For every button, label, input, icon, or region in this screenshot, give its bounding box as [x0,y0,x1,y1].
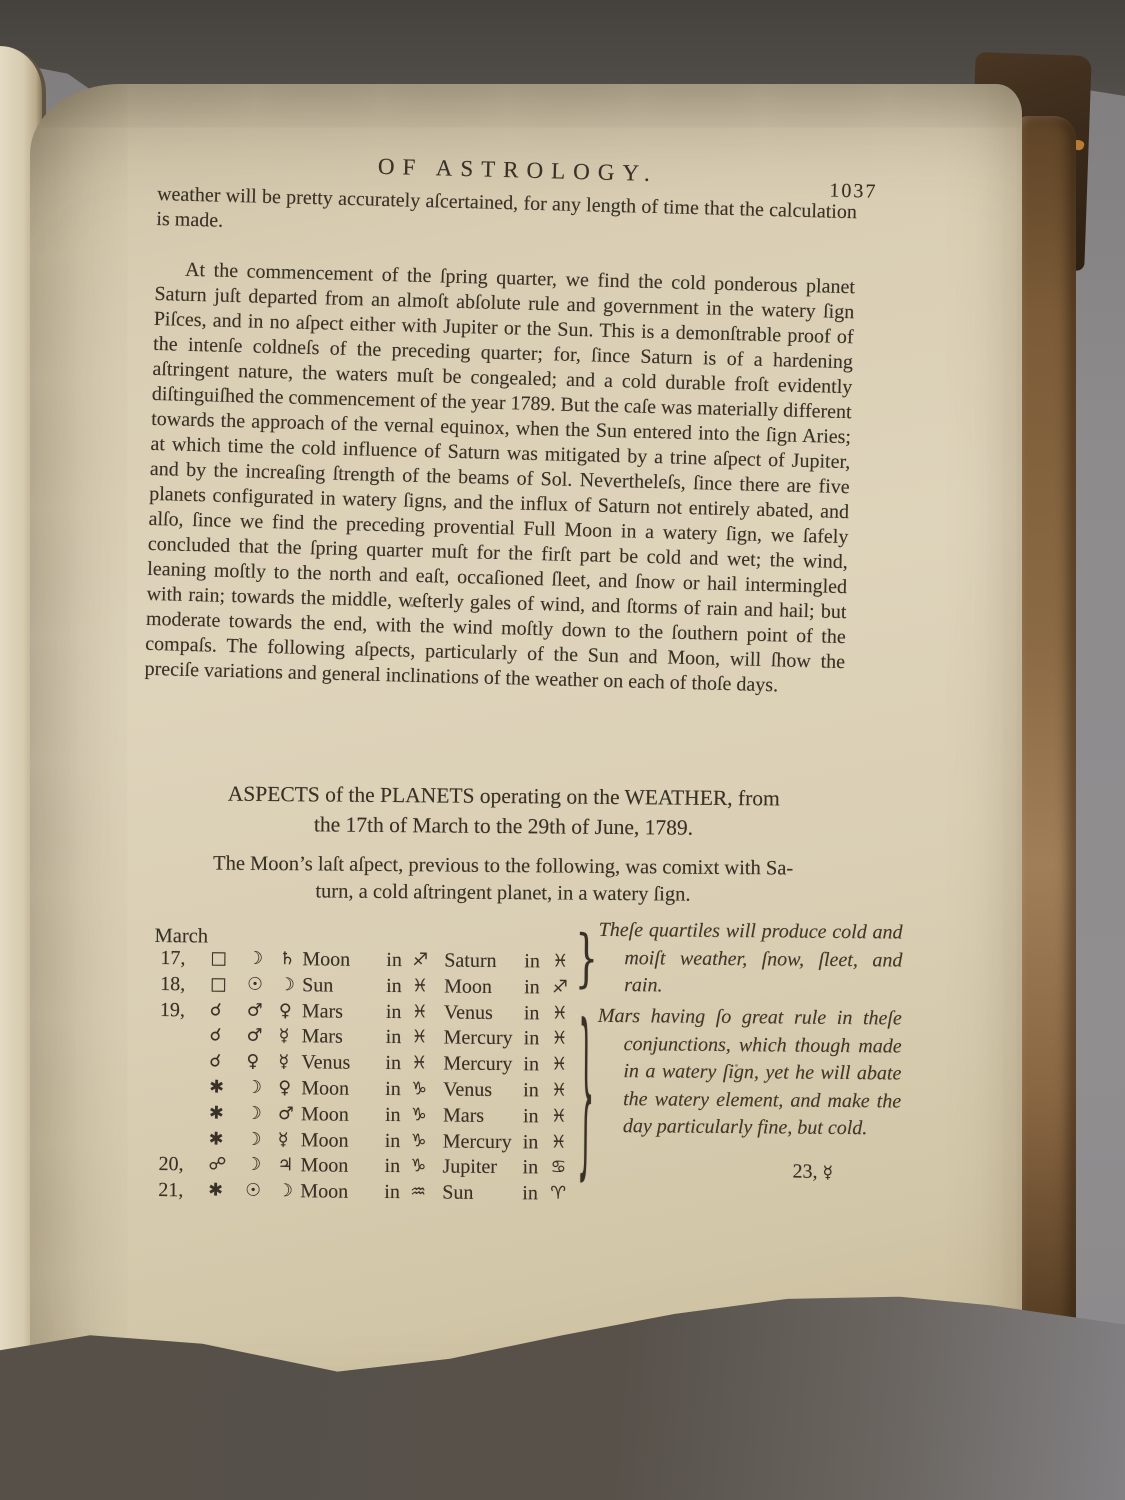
pisces-glyph: ♓ [551,1132,567,1152]
body1-name: Venus [301,1051,350,1074]
date-label: 17, [160,947,185,970]
in-label: in [385,1130,401,1153]
pisces-glyph: ♓ [552,1003,568,1023]
table-row: 21, ✱ ☉ ☽ Moon in ♒ Sun in ♈ [150,1179,912,1211]
pisces-glyph: ♓ [552,951,568,971]
capricorn-glyph: ♑ [410,1157,426,1177]
paragraph-main: At the commencement of the ſpring quarte… [144,257,855,700]
body2-name: Venus [443,1078,492,1101]
month-label: March [154,925,208,948]
moon-glyph: ☽ [246,1129,262,1149]
in-label: in [523,1053,539,1076]
in-label: in [386,1001,402,1024]
mars-glyph: ♂ [247,1000,263,1020]
body1-name: Sun [302,974,333,997]
body2-name: Venus [444,1001,493,1024]
sextile-icon: ✱ [208,1181,223,1201]
aspect-square-icon: □ [210,974,227,994]
mercury-glyph: ☿ [279,1026,290,1046]
aspects-heading-line2: the 17th of March to the 29th of June, 1… [153,808,853,844]
mars-glyph: ♂ [247,1026,263,1046]
saturn-glyph: ♄ [279,949,295,969]
pisces-glyph: ♓ [551,1106,567,1126]
date-label: 19, [160,999,185,1022]
cancer-glyph: ♋ [550,1158,566,1178]
in-label: in [524,950,540,973]
in-label: in [386,975,402,998]
in-label: in [524,1028,540,1051]
moon-glyph: ☽ [277,1181,293,1201]
body1-name: Moon [300,1180,348,1203]
in-label: in [385,1104,401,1127]
in-label: in [524,976,540,999]
conjunction-icon: ☌ [210,1026,222,1046]
pisces-glyph: ♓ [412,1002,428,1022]
margin-note-mars: Mars having ſo great rule in theſe conju… [597,1003,902,1143]
moon-glyph: ☽ [246,1104,262,1124]
aries-glyph: ♈ [550,1184,566,1204]
body1-name: Moon [301,1129,349,1152]
book-photo: OF ASTROLOGY. 1037 weather will be prett… [0,0,1125,1500]
moon-note: The Moon’s laſt aſpect, previous to the … [153,850,853,910]
opposition-icon: ☍ [208,1155,226,1175]
body1-name: Moon [302,948,350,971]
venus-glyph: ♀ [279,1001,292,1021]
body1-name: Moon [301,1077,349,1100]
pisces-glyph: ♓ [412,976,428,996]
jupiter-glyph: ♃ [277,1155,293,1175]
body2-name: Mars [443,1104,484,1127]
gathering-signature: 23, ☿ [792,1161,833,1184]
moon-glyph: ☽ [246,1078,262,1098]
in-label: in [385,1052,401,1075]
mercury-glyph: ☿ [278,1052,289,1072]
body1-name: Moon [300,1155,348,1178]
moon-glyph: ☽ [279,975,295,995]
capricorn-glyph: ♑ [411,1105,427,1125]
in-label: in [386,949,402,972]
pisces-glyph: ♓ [552,1029,568,1049]
in-label: in [384,1181,400,1204]
pisces-glyph: ♓ [551,1080,567,1100]
body2-name: Mercury [443,1053,512,1077]
margin-note-quartiles: Theſe quartiles will produce cold and mo… [598,917,903,1002]
aspects-heading-line1: ASPECTS of the PLANETS operating on the … [154,778,854,814]
in-label: in [523,1131,539,1154]
capricorn-glyph: ♑ [411,1079,427,1099]
sagittarius-glyph: ♐ [552,977,568,997]
body1-name: Mars [302,1026,343,1049]
in-label: in [522,1157,538,1180]
in-label: in [384,1155,400,1178]
signature-number: 23, [792,1161,817,1183]
in-label: in [522,1182,538,1205]
venus-glyph: ♀ [278,1078,291,1098]
in-label: in [386,1026,402,1049]
sextile-icon: ✱ [209,1129,224,1149]
brace-group-1: } [575,927,598,990]
body1-name: Moon [301,1103,349,1126]
pisces-glyph: ♓ [411,1053,427,1073]
aspect-square-icon: □ [210,948,227,968]
capricorn-glyph: ♑ [411,1131,427,1151]
venus-glyph: ♀ [246,1052,259,1072]
body2-name: Sun [442,1182,473,1205]
sextile-icon: ✱ [209,1103,224,1123]
moon-glyph: ☽ [247,949,263,969]
paragraph-continuation: weather will be pretty accurately aſcert… [156,182,857,250]
brace-group-2: } [577,1005,595,1185]
sagittarius-glyph: ♐ [412,950,428,970]
mars-glyph: ♂ [278,1104,294,1124]
conjunction-icon: ☌ [209,1052,221,1072]
date-label: 18, [160,973,185,996]
book-page: OF ASTROLOGY. 1037 weather will be prett… [30,84,1022,1440]
body2-name: Mercury [444,1027,513,1051]
in-label: in [524,1002,540,1025]
date-label: 21, [158,1179,183,1202]
date-label: 20, [158,1153,183,1176]
pisces-glyph: ♓ [551,1055,567,1075]
aspects-heading: ASPECTS of the PLANETS operating on the … [153,778,853,844]
body2-name: Mercury [443,1130,512,1154]
mercury-glyph: ☿ [278,1130,289,1150]
sun-glyph: ☉ [247,975,263,995]
body2-name: Saturn [444,950,496,973]
sextile-icon: ✱ [209,1077,224,1097]
in-label: in [523,1079,539,1102]
aspect-table: March 17, □ ☽ ♄ Moon in ♐ Saturn in [150,929,915,1236]
aquarius-glyph: ♒ [410,1182,426,1202]
body2-name: Moon [444,975,492,998]
body2-name: Jupiter [442,1156,497,1179]
body1-name: Mars [302,1000,343,1023]
conjunction-icon: ☌ [210,1000,222,1020]
pisces-glyph: ♓ [412,1028,428,1048]
in-label: in [385,1078,401,1101]
mercury-glyph: ☿ [822,1163,833,1183]
moon-glyph: ☽ [245,1155,261,1175]
in-label: in [523,1105,539,1128]
sun-glyph: ☉ [245,1181,261,1201]
page-content: OF ASTROLOGY. 1037 weather will be prett… [160,84,922,1440]
